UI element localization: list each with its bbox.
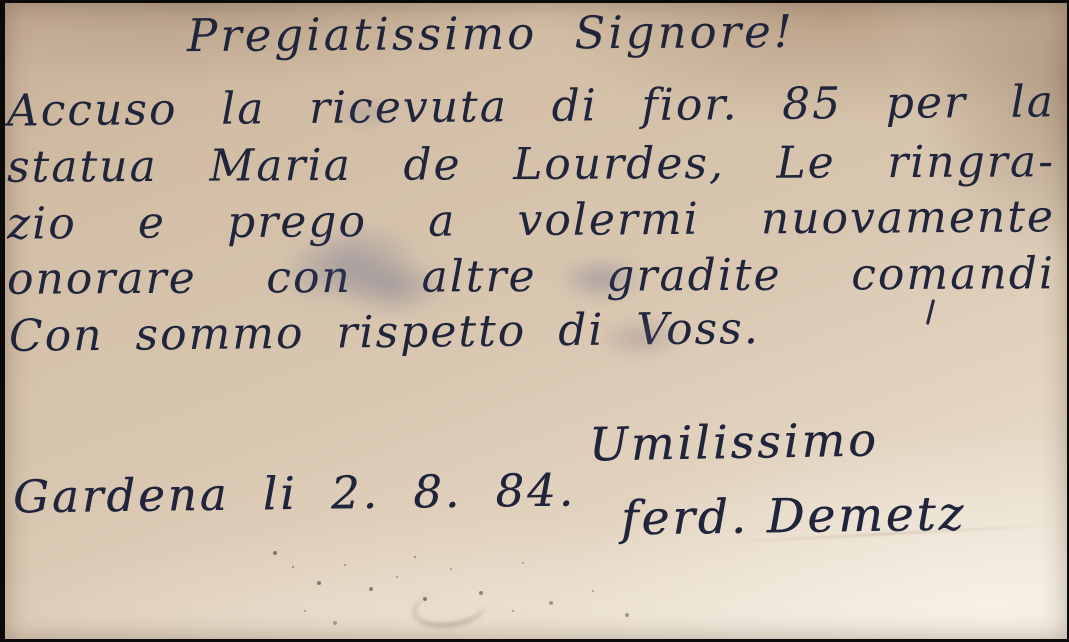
letter-body-line-1: Accuso la ricevuta di fior. 85 per la (7, 76, 1055, 136)
faint-pencil-mark (411, 584, 489, 632)
ink-speckles (273, 551, 277, 555)
letter-body-line-3: zio e prego a volermi nuovamente (7, 191, 1055, 249)
letter-body-line-2: statua Maria de Lourdes, Le ringra- (7, 136, 1055, 192)
letter-closing: Umilissimo (589, 412, 880, 471)
stray-pen-stroke (926, 299, 935, 325)
letter-body-line-5: Con sommo rispetto di Voss. (9, 303, 760, 362)
letter-place-date: Gardena li 2. 8. 84. (13, 464, 577, 524)
letter-salutation: Pregiatissimo Signore! (187, 5, 795, 62)
letter-body-line-4: onorare con altre gradite comandi (7, 248, 1055, 304)
handwritten-letter-scan: Pregiatissimo Signore! Accuso la ricevut… (0, 0, 1069, 642)
